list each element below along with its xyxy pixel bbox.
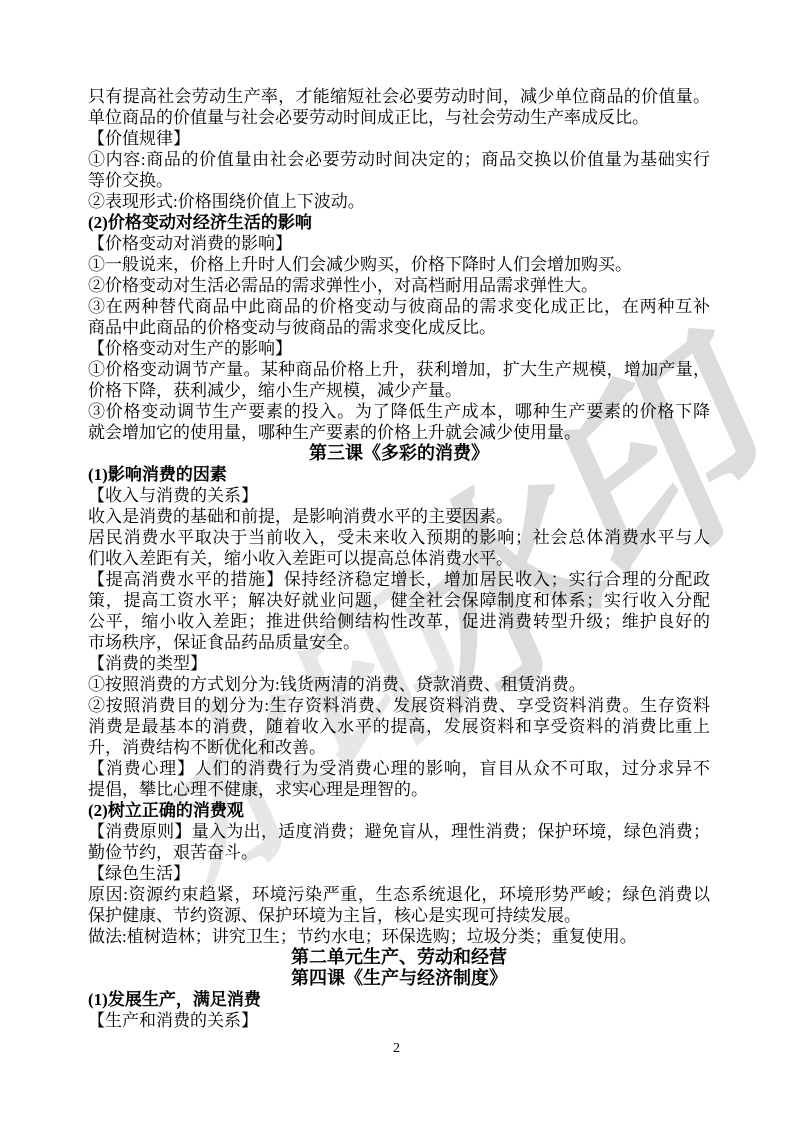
text-line: ①内容:商品的价值量由社会必要劳动时间决定的；商品交换以价值量为基础实行 xyxy=(88,149,710,170)
text-line: (2)树立正确的消费观 xyxy=(88,800,710,821)
text-line: 【价值规律】 xyxy=(88,128,710,149)
document-page: 水印 水印 只有提高社会劳动生产率，才能缩短社会必要劳动时间，减少单位商品的价值… xyxy=(0,0,793,1122)
text-line: 消费是最基本的消费，随着收入水平的提高，发展资料和享受资料的消费比重上 xyxy=(88,716,710,737)
text-line: (1)发展生产，满足消费 xyxy=(88,989,710,1010)
text-line: 第二单元生产、劳动和经营 xyxy=(88,947,710,968)
text-line: 市场秩序，保证食品药品质量安全。 xyxy=(88,632,710,653)
text-line: 【消费原则】量入为出，适度消费；避免盲从，理性消费；保护环境，绿色消费； xyxy=(88,821,710,842)
text-line: 策，提高工资水平；解决好就业问题，健全社会保障制度和体系；实行收入分配 xyxy=(88,590,710,611)
text-line: 单位商品的价值量与社会必要劳动时间成正比，与社会劳动生产率成反比。 xyxy=(88,107,710,128)
text-line: 勤俭节约，艰苦奋斗。 xyxy=(88,842,710,863)
text-line: ③价格变动调节生产要素的投入。为了降低生产成本，哪种生产要素的价格下降 xyxy=(88,401,710,422)
text-line: (2)价格变动对经济生活的影响 xyxy=(88,212,710,233)
text-line: 公平，缩小收入差距；推进供给侧结构性改革，促进消费转型升级；维护良好的 xyxy=(88,611,710,632)
text-line: ③在两种替代商品中此商品的价格变动与彼商品的需求变化成正比，在两种互补 xyxy=(88,296,710,317)
text-line: 们收入差距有关，缩小收入差距可以提高总体消费水平。 xyxy=(88,548,710,569)
text-line: 原因:资源约束趋紧，环境污染严重，生态系统退化，环境形势严峻；绿色消费以 xyxy=(88,884,710,905)
text-line: 【价格变动对生产的影响】 xyxy=(88,338,710,359)
text-line: 【收入与消费的关系】 xyxy=(88,485,710,506)
text-line: 【消费心理】人们的消费行为受消费心理的影响，盲目从众不可取，过分求异不 xyxy=(88,758,710,779)
document-content: 只有提高社会劳动生产率，才能缩短社会必要劳动时间，减少单位商品的价值量。单位商品… xyxy=(88,86,710,1031)
text-line: ①价格变动调节产量。某种商品价格上升，获利增加，扩大生产规模，增加产量， xyxy=(88,359,710,380)
text-line: (1)影响消费的因素 xyxy=(88,464,710,485)
text-line: 【提高消费水平的措施】保持经济稳定增长，增加居民收入；实行合理的分配政 xyxy=(88,569,710,590)
text-line: ②表现形式:价格围绕价值上下波动。 xyxy=(88,191,710,212)
text-line: 只有提高社会劳动生产率，才能缩短社会必要劳动时间，减少单位商品的价值量。 xyxy=(88,86,710,107)
text-line: 等价交换。 xyxy=(88,170,710,191)
text-line: 商品中此商品的价格变动与彼商品的需求变化成反比。 xyxy=(88,317,710,338)
page-number: 2 xyxy=(0,1040,793,1058)
text-line: 【消费的类型】 xyxy=(88,653,710,674)
text-line: 【绿色生活】 xyxy=(88,863,710,884)
text-line: ①按照消费的方式划分为:钱货两清的消费、贷款消费、租赁消费。 xyxy=(88,674,710,695)
text-line: 升，消费结构不断优化和改善。 xyxy=(88,737,710,758)
text-line: ①一般说来，价格上升时人们会减少购买，价格下降时人们会增加购买。 xyxy=(88,254,710,275)
text-line: 【价格变动对消费的影响】 xyxy=(88,233,710,254)
text-line: 保护健康、节约资源、保护环境为主旨，核心是实现可持续发展。 xyxy=(88,905,710,926)
text-line: ②按照消费目的划分为:生存资料消费、发展资料消费、享受资料消费。生存资料 xyxy=(88,695,710,716)
text-line: 价格下降，获利减少，缩小生产规模，减少产量。 xyxy=(88,380,710,401)
text-line: ②价格变动对生活必需品的需求弹性小，对高档耐用品需求弹性大。 xyxy=(88,275,710,296)
text-line: 居民消费水平取决于当前收入，受未来收入预期的影响；社会总体消费水平与人 xyxy=(88,527,710,548)
text-line: 提倡，攀比心理不健康，求实心理是理智的。 xyxy=(88,779,710,800)
text-line: 第四课《生产与经济制度》 xyxy=(88,968,710,989)
text-line: 做法:植树造林；讲究卫生；节约水电；环保选购；垃圾分类；重复使用。 xyxy=(88,926,710,947)
text-line: 收入是消费的基础和前提，是影响消费水平的主要因素。 xyxy=(88,506,710,527)
text-line: 就会增加它的使用量，哪种生产要素的价格上升就会减少使用量。 xyxy=(88,422,710,443)
text-line: 第三课《多彩的消费》 xyxy=(88,443,710,464)
text-line: 【生产和消费的关系】 xyxy=(88,1010,710,1031)
